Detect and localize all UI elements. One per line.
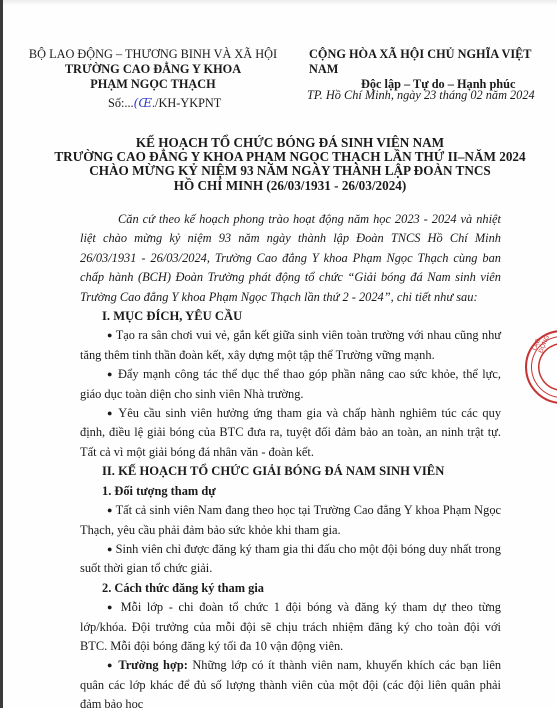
handwritten-number: (Œ bbox=[134, 96, 152, 110]
subsection2-heading: 2. Cách thức đăng ký tham gia bbox=[80, 579, 501, 598]
section2-heading: II. KẾ HOẠCH TỔ CHỨC GIẢI BÓNG ĐÁ NAM SI… bbox=[80, 462, 501, 481]
section1-heading: I. MỤC ĐÍCH, YÊU CẦU bbox=[80, 307, 501, 326]
issuer-block: BỘ LAO ĐỘNG – THƯƠNG BINH VÀ XÃ HỘI TRƯỜ… bbox=[28, 47, 278, 92]
bullet-icon: ● bbox=[107, 544, 112, 554]
bullet-icon: ● bbox=[107, 369, 114, 379]
list-item: ● Yêu cầu sinh viên hưởng ứng tham gia v… bbox=[80, 404, 501, 462]
school-name-line2: PHẠM NGỌC THẠCH bbox=[28, 77, 278, 92]
school-name-line1: TRƯỜNG CAO ĐẲNG Y KHOA bbox=[28, 62, 278, 77]
document-title: KẾ HOẠCH TỔ CHỨC BÓNG ĐÁ SINH VIÊN NAM T… bbox=[40, 136, 540, 193]
ministry-name: BỘ LAO ĐỘNG – THƯƠNG BINH VÀ XÃ HỘI bbox=[28, 47, 278, 62]
list-item: ● Trường hợp: Những lớp có ít thành viên… bbox=[80, 656, 501, 708]
place-date: TP. Hồ Chí Minh, ngày 23 tháng 02 năm 20… bbox=[307, 88, 535, 103]
bullet-icon: ● bbox=[107, 330, 113, 340]
national-header: CỘNG HÒA XÃ HỘI CHỦ NGHĨA VIỆT NAM Độc l… bbox=[300, 47, 555, 92]
country-name: CỘNG HÒA XÃ HỘI CHỦ NGHĨA VIỆT NAM bbox=[300, 47, 555, 77]
list-item: ● Tất cả sinh viên Nam đang theo học tại… bbox=[80, 501, 501, 540]
bullet-icon: ● bbox=[107, 660, 114, 670]
list-item: ● Sinh viên chỉ được đăng ký tham gia th… bbox=[80, 540, 501, 579]
bullet-icon: ● bbox=[107, 408, 114, 418]
document-number: Số:...(Œ./KH-YKPNT bbox=[108, 96, 221, 111]
document-body: Căn cứ theo kế hoạch phong trào hoạt độn… bbox=[80, 210, 501, 708]
list-item: ● Mỗi lớp - chi đoàn tổ chức 1 đội bóng … bbox=[80, 598, 501, 656]
list-item: ● Đẩy mạnh công tác thể dục thể thao góp… bbox=[80, 365, 501, 404]
bullet-icon: ● bbox=[107, 505, 113, 515]
list-item: ● Tạo ra sân chơi vui vẻ, gắn kết giữa s… bbox=[80, 326, 501, 365]
intro-paragraph: Căn cứ theo kế hoạch phong trào hoạt độn… bbox=[80, 210, 501, 307]
bullet-icon: ● bbox=[107, 602, 115, 612]
subsection1-heading: 1. Đối tượng tham dự bbox=[80, 482, 501, 501]
